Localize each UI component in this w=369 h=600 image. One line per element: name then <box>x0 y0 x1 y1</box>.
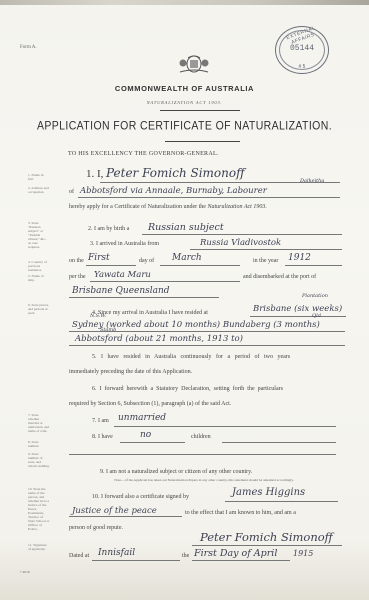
item1-label: 1. I, <box>86 168 103 180</box>
arrival-day: First <box>88 253 110 263</box>
divider <box>165 141 240 142</box>
salutation: TO HIS EXCELLENCY THE GOVERNOR-GENERAL. <box>68 151 219 157</box>
margin-note: 6. State places, and periods at each. <box>28 303 50 315</box>
margin-note: 8. State number. <box>28 440 50 448</box>
item5-text: 5. I have resided in Australia continuou… <box>92 354 290 360</box>
residence-1: Brisbane (six weeks) <box>253 304 342 314</box>
stamp-number: 05144 <box>276 44 328 53</box>
arrival-year: 1912 <box>288 253 311 263</box>
ship-name: Yawata Maru <box>94 270 151 280</box>
apply-text: hereby apply for a Certificate of Natura… <box>69 204 267 210</box>
item9-text: 9. I am not a naturalized subject or cit… <box>100 469 252 475</box>
divider <box>160 110 240 111</box>
document-page: Form A. EXTERNAL AFFAIRS 05144 # 5 COMMO… <box>0 0 369 600</box>
item6-text: 6. I forward herewith a Statutory Declar… <box>92 386 283 392</box>
disembark-port: Brisbane Queensland <box>72 286 170 296</box>
margin-note: 3. State "Russian subject" or "Turkish c… <box>28 221 50 249</box>
arrival-month: March <box>172 253 202 263</box>
dated-year: 1915 <box>293 549 313 558</box>
margin-note: 7. State whether married or unmarried, a… <box>28 413 50 433</box>
margin-note: 2. Address and occupation. <box>28 186 50 194</box>
applicant-address: Abbotsford via Annaale, Burnaby, Laboure… <box>80 186 267 196</box>
margin-note: 10. State the name of the person, and wh… <box>28 487 50 531</box>
note-9: Note.—If the Applicant has taken out Nat… <box>62 478 346 482</box>
certificate-signer: James Higgins <box>232 487 305 498</box>
page-title: APPLICATION FOR CERTIFICATE OF NATURALIZ… <box>0 119 369 133</box>
margin-note: 1. Name in full. <box>28 173 50 181</box>
margin-note: 4. Country of previous residence. <box>28 260 50 272</box>
applicant-signature: Peter Fomich Simonoff <box>200 530 333 544</box>
children-count: no <box>140 430 151 440</box>
arrived-from: Russia Vladivostok <box>200 238 281 248</box>
act-subheading: NATURALIZATION ACT 1903. <box>0 100 369 105</box>
applicant-name: Peter Fomich Simonoff <box>106 166 245 180</box>
margin-note: 9. State number of sons, and whom residi… <box>28 452 50 468</box>
marital-status: unmarried <box>118 413 166 423</box>
margin-note: 11. Signature of applicant. <box>28 543 50 551</box>
margin-note: 5. Name of ship. <box>28 274 50 282</box>
received-stamp: EXTERNAL AFFAIRS 05144 # 5 <box>275 26 329 74</box>
birth-subject: Russian subject <box>148 222 224 233</box>
residence-3: Abbotsford (about 21 months, 1913 to) <box>75 334 243 344</box>
print-code: 7 4018 <box>20 570 30 574</box>
coat-of-arms-icon <box>178 52 210 74</box>
dated-day: First Day of April <box>194 548 277 559</box>
form-label: Form A. <box>20 45 37 50</box>
signer-title: Justice of the peace <box>72 506 157 516</box>
page-edge <box>0 0 369 5</box>
commonwealth-heading: COMMONWEALTH OF AUSTRALIA <box>0 84 369 93</box>
dated-place: Innisfail <box>98 548 135 558</box>
